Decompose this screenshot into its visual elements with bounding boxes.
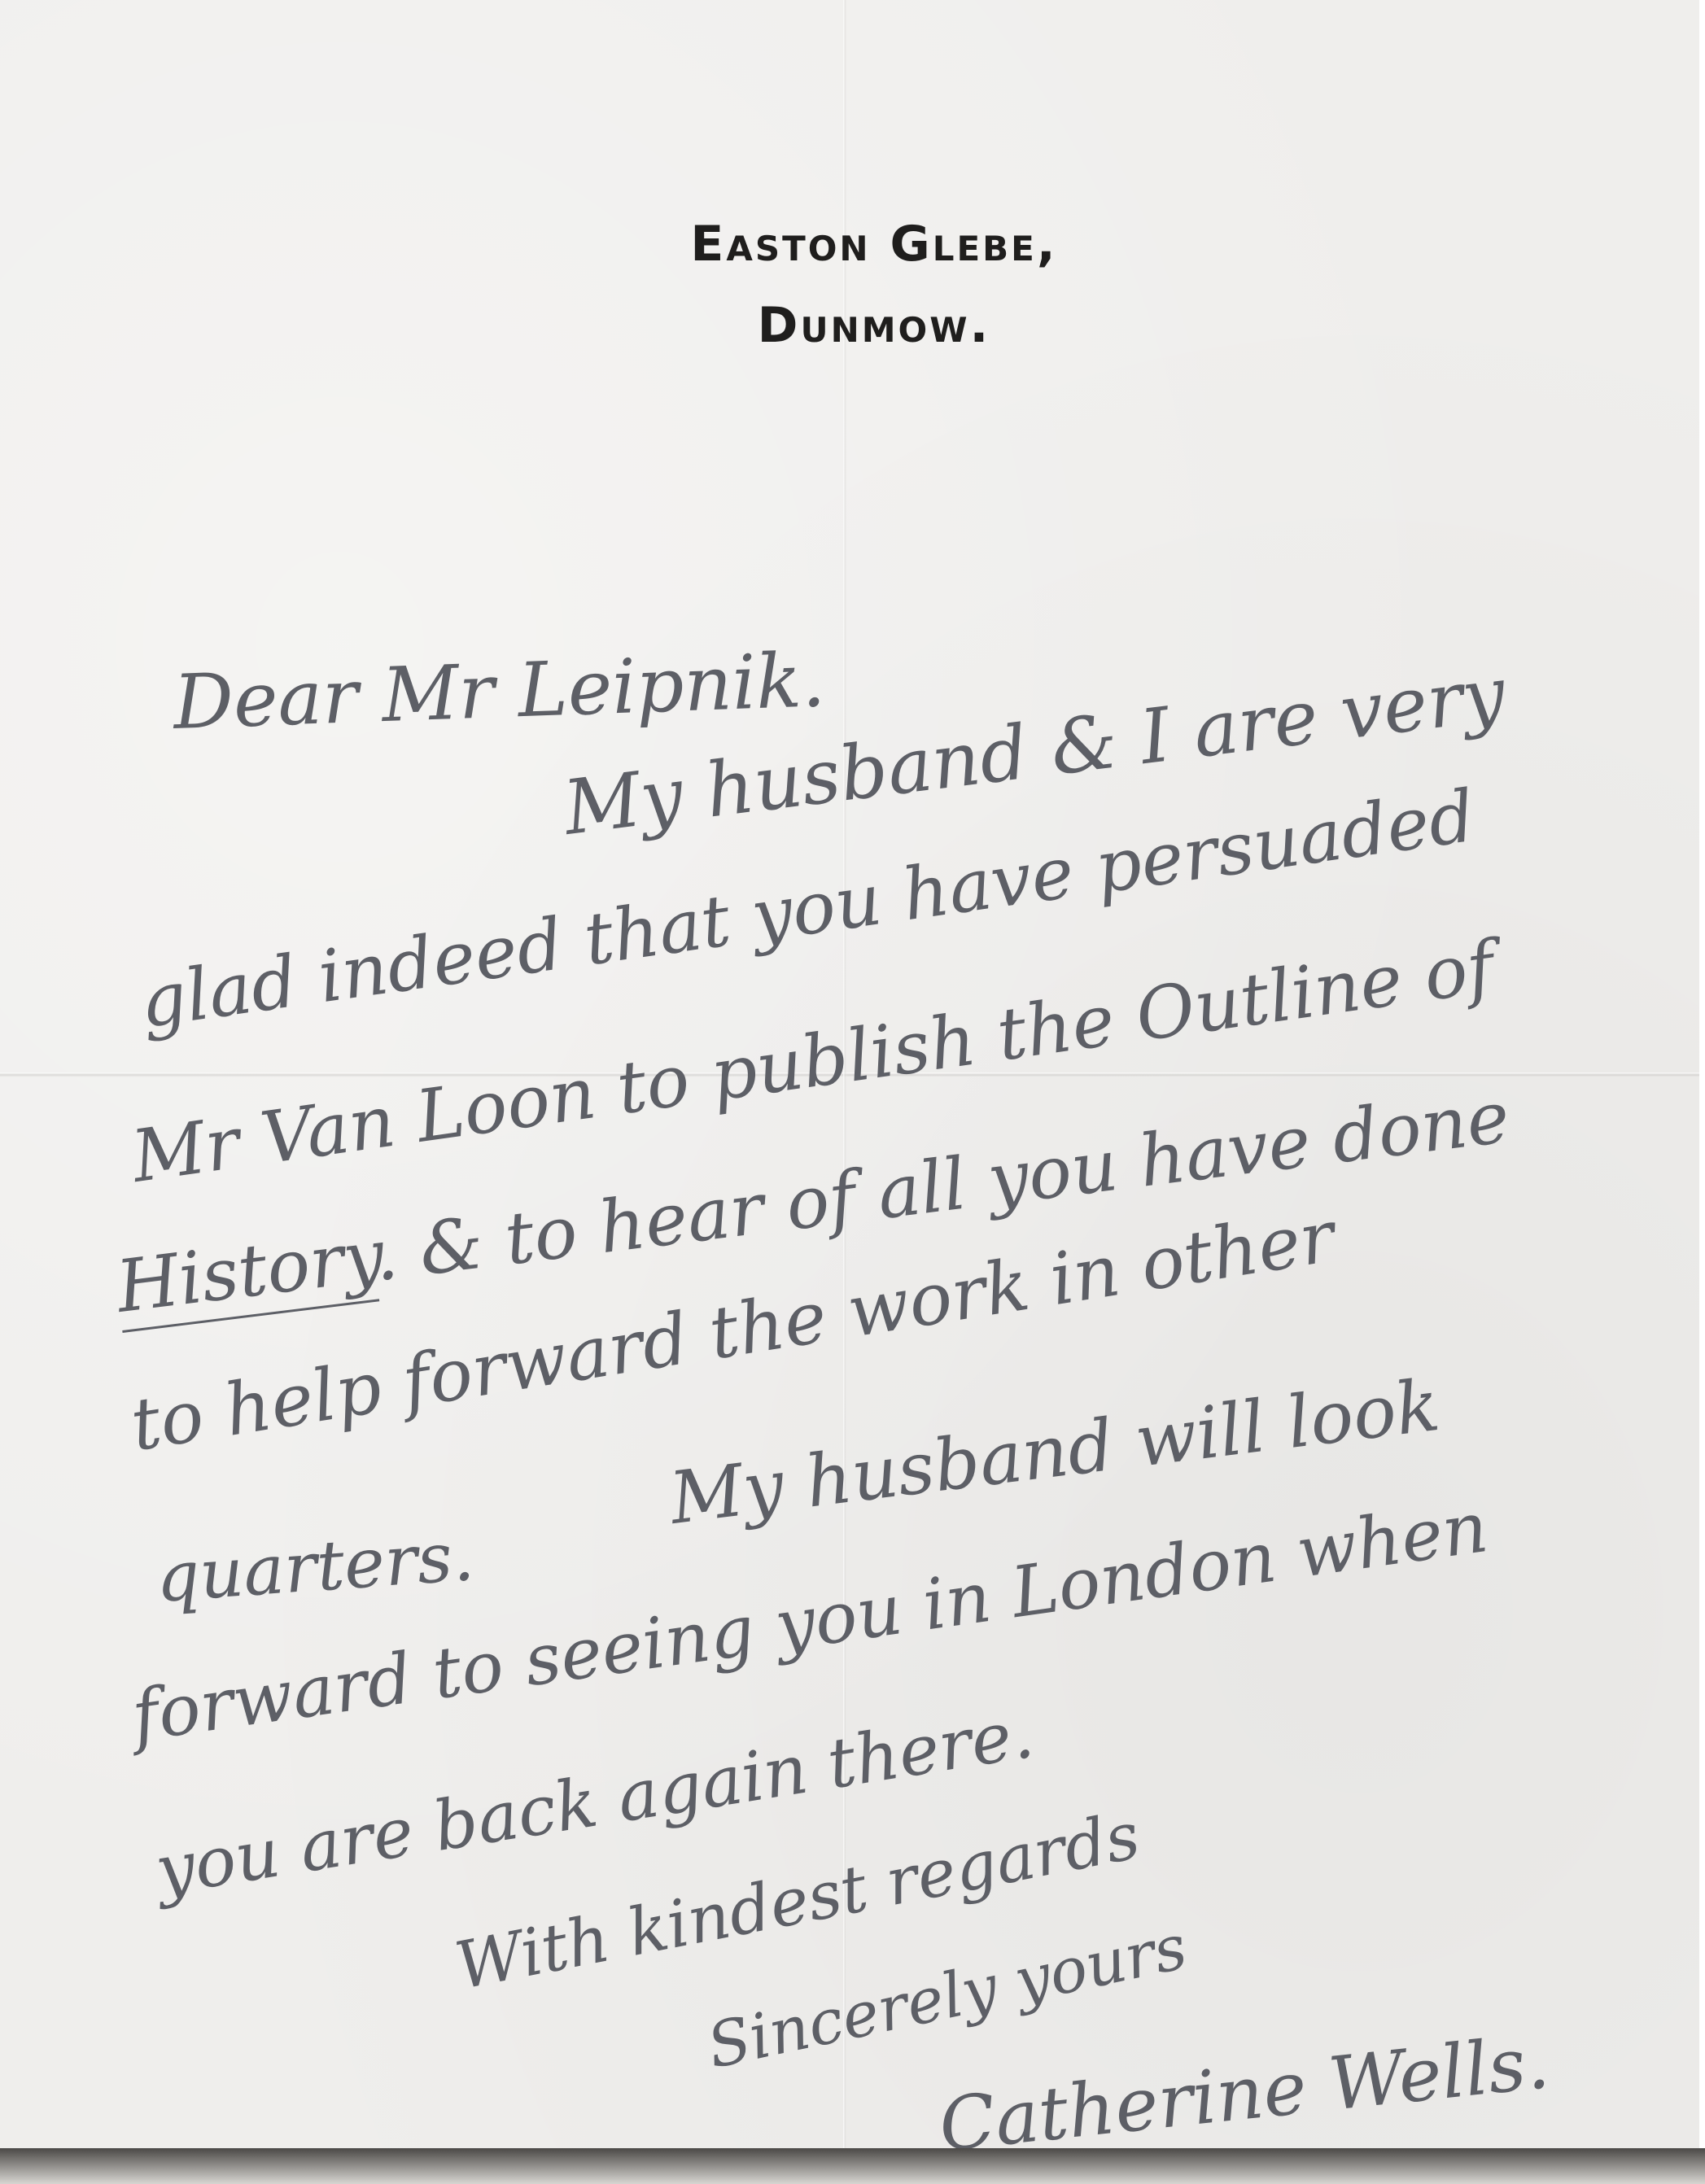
letterhead: Easton Glebe, Dunmow. xyxy=(0,216,1699,354)
body-line-6: quarters. xyxy=(153,1516,476,1618)
signature: Catherine Wells. xyxy=(935,2020,1553,2169)
underlined-title-history: History xyxy=(111,1214,379,1333)
salutation: Dear Mr Leipnik. xyxy=(172,636,826,746)
page-right-edge xyxy=(1699,0,1705,2148)
letterhead-address-line2: Dunmow. xyxy=(49,297,1699,354)
page-bottom-shadow xyxy=(0,2148,1705,2184)
letterhead-address-line1: Easton Glebe, xyxy=(49,216,1699,273)
letter-paper: Easton Glebe, Dunmow. Dear Mr Leipnik. M… xyxy=(0,0,1699,2148)
